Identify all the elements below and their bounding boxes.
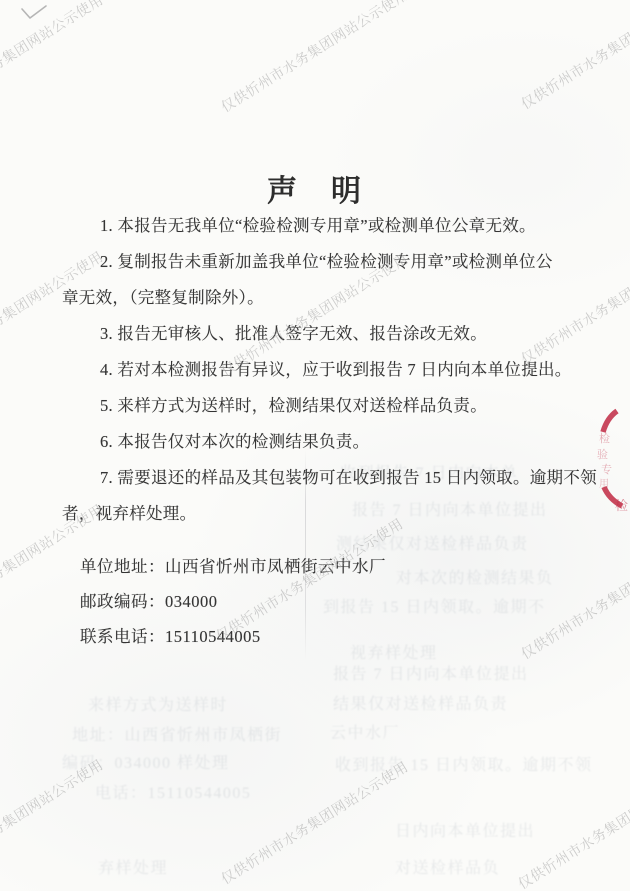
stamp-character: 用 [599,478,609,490]
bleedthrough-text: 地址：山西省忻州市凤栖街 [72,722,282,745]
page-title: 声 明 [0,166,630,210]
bleedthrough-text: 日内向本单位提出 [395,818,535,841]
watermark-text: 仅供忻州市水务集团网站公示使用 [217,0,411,116]
contact-block: 单位地址：山西省忻州市凤栖街云中水厂邮政编码：034000联系电话：151105… [80,549,386,654]
watermark-text: 仅供忻州市水务集团网站公示使用 [517,532,630,663]
statement-line: 3. 报告无审核人、批准人签字无效、报告涂改无效。 [0,316,630,352]
statement-line: 6. 本报告仅对本次的检测结果负责。 [0,424,630,460]
bleedthrough-text: 收到报告 15 日内领取。逾期不领 [335,752,593,775]
contact-line: 邮政编码：034000 [80,584,386,619]
red-stamp-fragment: 检验专用检 [593,400,630,520]
statement-line: 2. 复制报告未重新加盖我单位“检验检测专用章”或检测单位公 [0,244,630,280]
bleedthrough-text: 对送检样品负 [395,855,500,878]
watermark-text: 仅供忻州市水务集团网站公示使用 [0,755,106,886]
statement-line: 7. 需要退还的样品及其包装物可在收到报告 15 日内领取。逾期不领 [0,460,630,496]
bleedthrough-text: 电话：15110544005 [95,780,251,803]
stamp-character: 检 [599,431,610,445]
statement-line: 章无效，（完整复制除外）。 [0,280,630,316]
stamp-character: 专 [601,462,612,476]
bleedthrough-text: 对本次的检测结果负 [396,565,554,588]
bleedthrough-text: 来样方式为送样时 [88,692,228,715]
stamp-character: 验 [597,447,608,461]
bleedthrough-text: 编码：034000 样处理 [62,750,230,773]
contact-line: 单位地址：山西省忻州市凤栖街云中水厂 [80,549,386,584]
statement-line: 5. 来样方式为送样时，检测结果仅对送检样品负责。 [0,388,630,424]
bleedthrough-text: 云中水厂 [330,720,400,743]
statement-line: 1. 本报告无我单位“检验检测专用章”或检测单位公章无效。 [0,208,630,244]
scanned-statement-page: 收到报告 7 日内向本单报告 7 日内向本单位提出测结果仅对送检样品负责对本次的… [0,0,630,891]
bleedthrough-text: 报告 7 日内向本单位提出 [333,661,529,684]
stamp-rim-top [603,411,617,432]
contact-line: 联系电话：15110544005 [80,619,386,654]
watermark-text: 仅供忻州市水务集团网站公示使用 [514,762,630,891]
stamp-character: 检 [615,498,628,513]
statement-line: 者，视弃样处理。 [0,496,630,532]
watermark-text: 仅供忻州市水务集团网站公示使用 [517,0,630,113]
pencil-checkmark-icon [16,2,52,24]
bleedthrough-text: 结果仅对送检样品负责 [333,691,508,714]
statement-body: 1. 本报告无我单位“检验检测专用章”或检测单位公章无效。2. 复制报告未重新加… [0,208,630,532]
watermark-text: 仅供忻州市水务集团网站公示使用 [217,757,411,888]
bleedthrough-text: 弃样处理 [98,855,168,878]
statement-line: 4. 若对本检测报告有异议，应于收到报告 7 日内向本单位提出。 [0,352,630,388]
